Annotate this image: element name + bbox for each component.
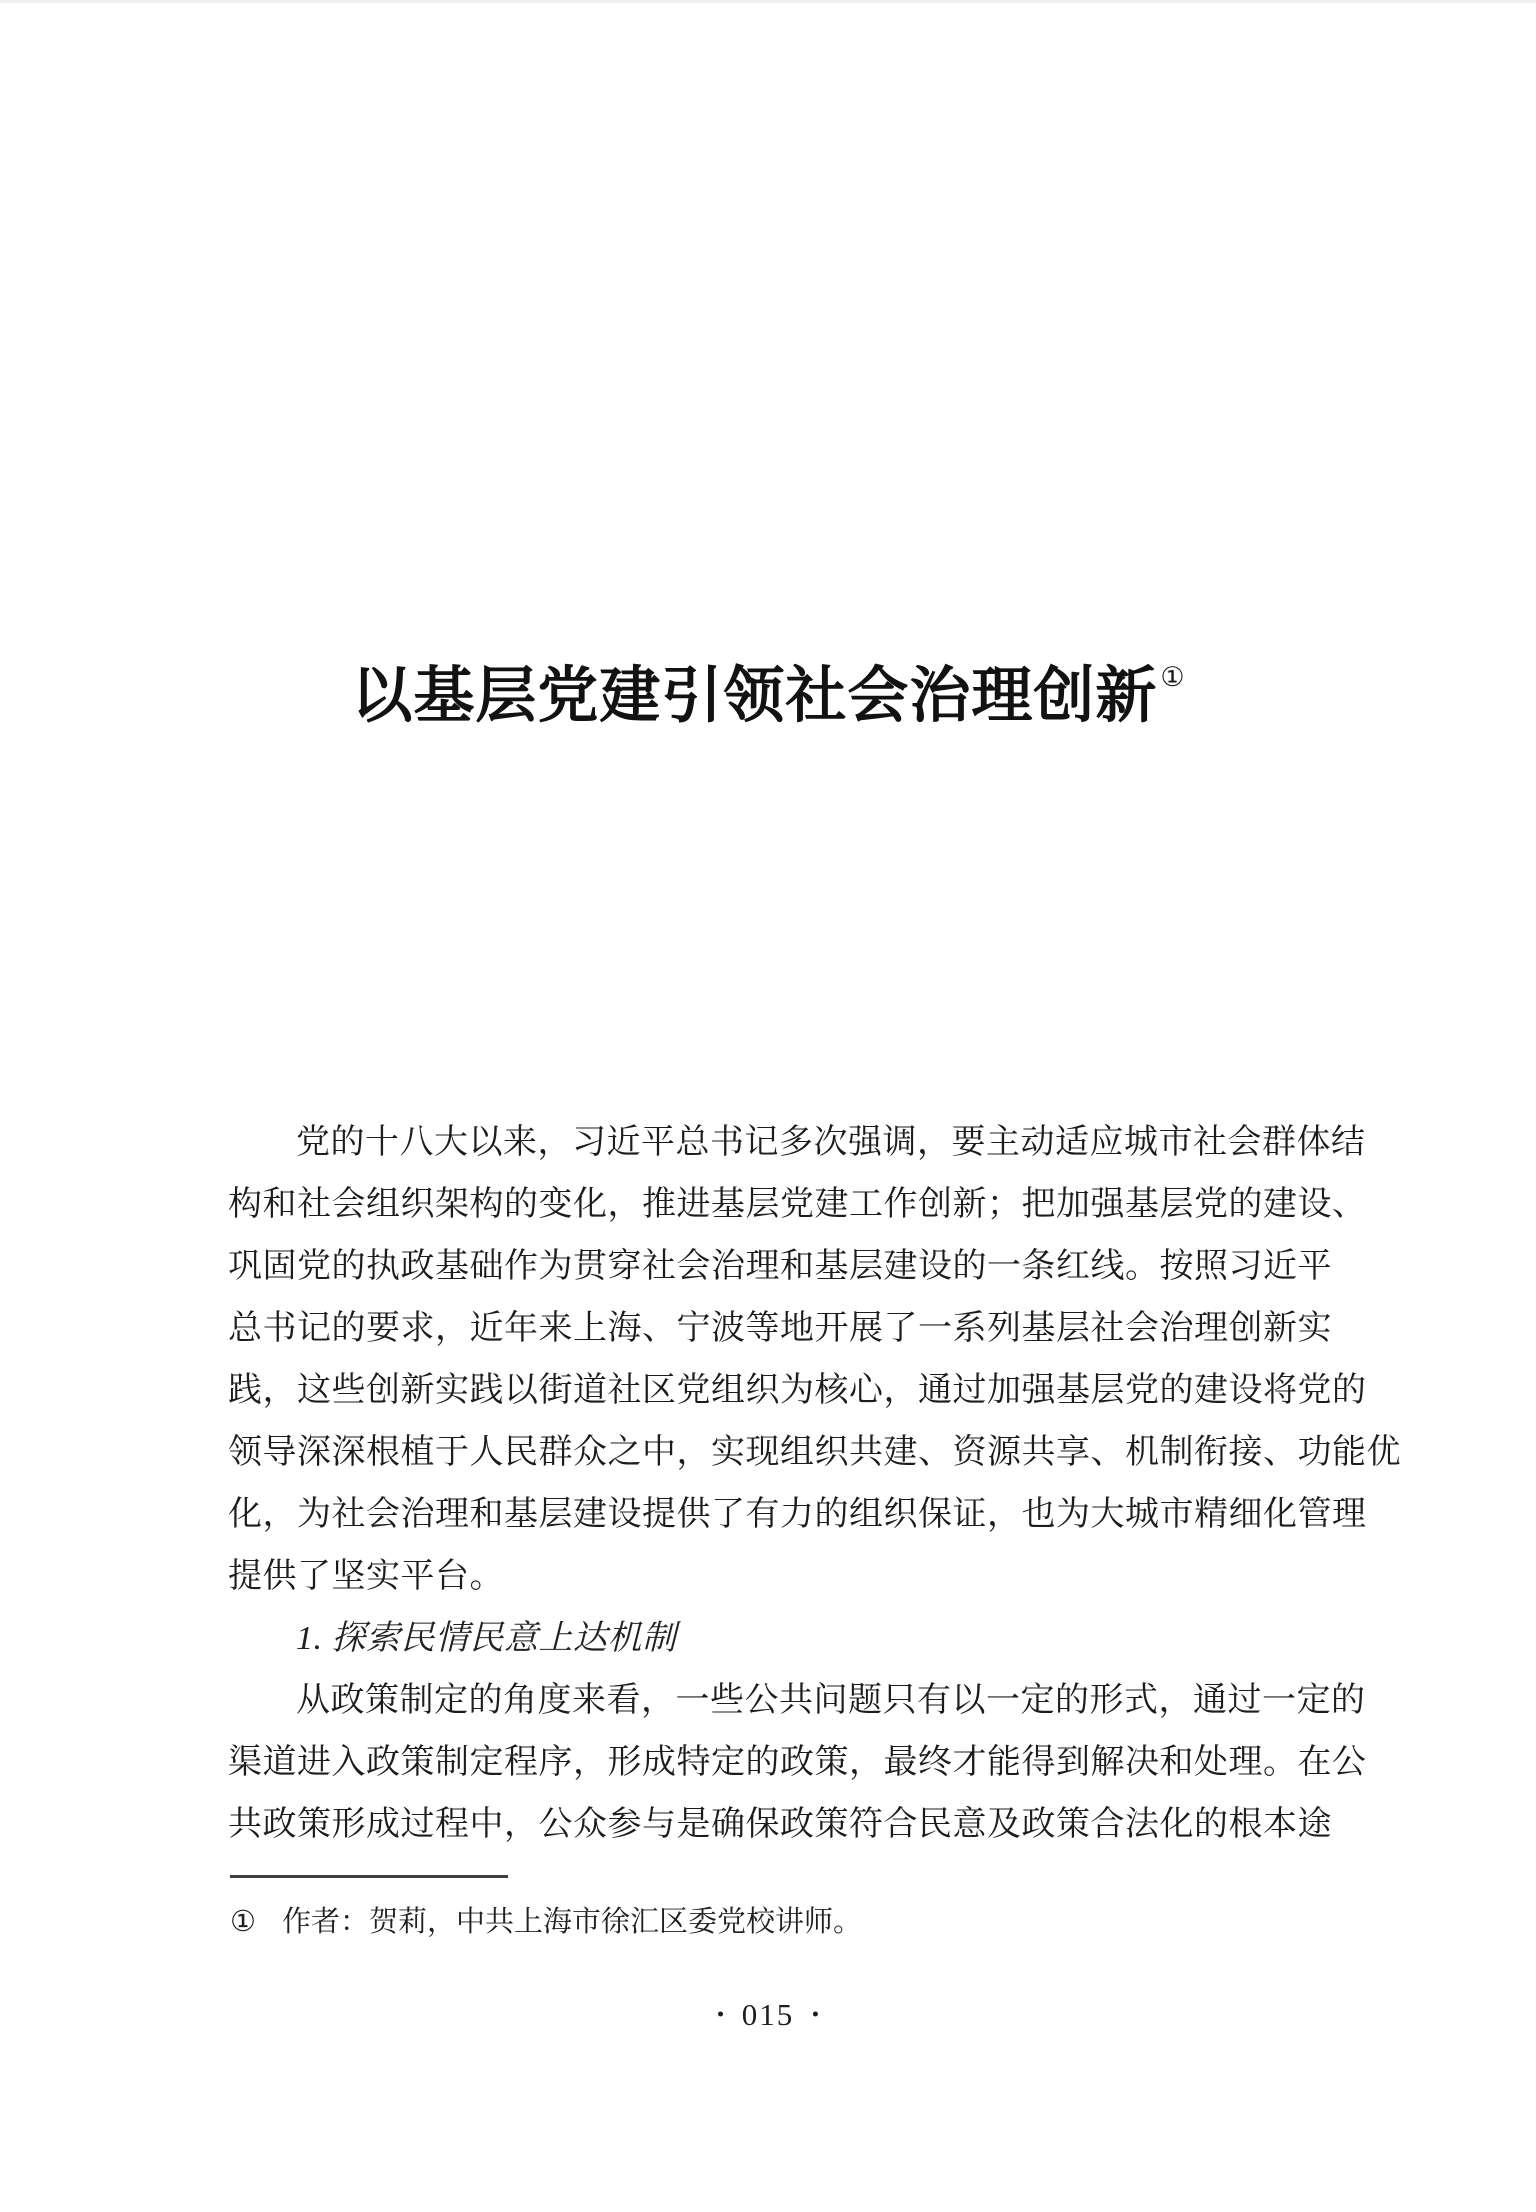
footer-dot-right: · [810,1996,820,2031]
body-line: 提供了坚实平台。 [228,1546,1314,1608]
footnote-marker: ① [230,1906,256,1938]
body-line: 化，为社会治理和基层建设提供了有力的组织保证，也为大城市精细化管理 [228,1484,1314,1546]
page-title: 以基层党建引领社会治理创新 [351,663,1157,730]
chapter-title-block: 以基层党建引领社会治理创新① [0,660,1536,734]
page-number: 015 [742,1997,795,2032]
body-line: 领导深深根植于人民群众之中，实现组织共建、资源共享、机制衔接、功能优 [228,1422,1314,1484]
footnote-divider [230,1875,508,1878]
footnote: ①作者：贺莉，中共上海市徐汇区委党校讲师。 [230,1902,1310,1942]
footer-dot-left: · [715,1996,725,2031]
section-heading: 1. 探索民情民意上达机制 [228,1608,1314,1670]
scan-edge [0,0,1536,3]
body-text-block: 党的十八大以来，习近平总书记多次强调，要主动适应城市社会群体结 构和社会组织架构… [228,1112,1314,1856]
body-line: 从政策制定的角度来看，一些公共问题只有以一定的形式，通过一定的 [228,1670,1314,1732]
body-line: 党的十八大以来，习近平总书记多次强调，要主动适应城市社会群体结 [228,1112,1314,1174]
body-line: 共政策形成过程中，公众参与是确保政策符合民意及政策合法化的根本途 [228,1794,1314,1856]
book-page: 以基层党建引领社会治理创新① 党的十八大以来，习近平总书记多次强调，要主动适应城… [0,0,1536,2212]
footnote-text: 作者：贺莉，中共上海市徐汇区委党校讲师。 [282,1906,862,1938]
body-line: 总书记的要求，近年来上海、宁波等地开展了一系列基层社会治理创新实 [228,1298,1314,1360]
body-line: 构和社会组织架构的变化，推进基层党建工作创新；把加强基层党的建设、 [228,1174,1314,1236]
footnote-reference-superscript: ① [1160,662,1184,692]
page-number-footer: ·015· [0,1996,1536,2033]
body-line: 践，这些创新实践以街道社区党组织为核心，通过加强基层党的建设将党的 [228,1360,1314,1422]
body-line: 渠道进入政策制定程序，形成特定的政策，最终才能得到解决和处理。在公 [228,1732,1314,1794]
body-line: 巩固党的执政基础作为贯穿社会治理和基层建设的一条红线。按照习近平 [228,1236,1314,1298]
